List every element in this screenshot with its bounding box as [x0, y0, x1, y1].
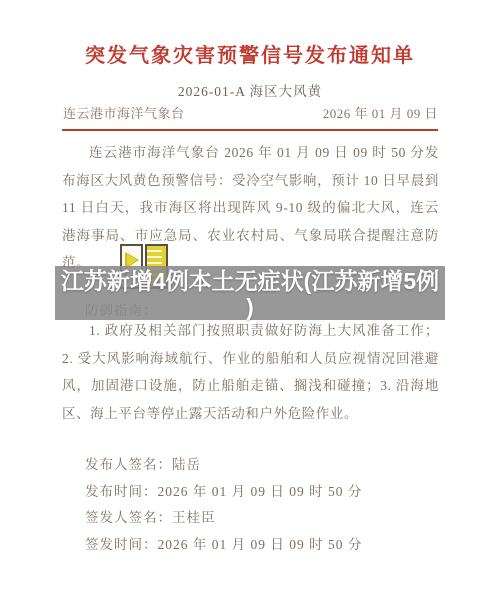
issuing-agency: 连云港市海洋气象台: [63, 103, 185, 122]
issuer-date-row: 连云港市海洋气象台 2026 年 01 月 09 日: [63, 103, 438, 122]
publish-time-label: 发布时间：: [85, 484, 158, 499]
approver-signature-value: 王桂臣: [172, 510, 216, 525]
defense-guide-text: 1. 政府及相关部门按照职责做好防海上大风准备工作；2. 受大风影响海域航行、作…: [62, 317, 439, 427]
red-divider: [62, 129, 438, 131]
approve-time-value: 2026 年 01 月 09 日 09 时 50 分: [158, 537, 363, 552]
approver-signature-row: 签发人签名：王桂臣: [85, 505, 362, 532]
warning-paragraph: 连云港市海洋气象台 2026 年 01 月 09 日 09 时 50 分发布海区…: [62, 139, 439, 277]
signature-block: 发布人签名：陆岳 发布时间：2026 年 01 月 09 日 09 时 50 分…: [85, 452, 362, 558]
approver-signature-label: 签发人签名：: [85, 510, 172, 525]
publisher-signature-label: 发布人签名：: [85, 457, 172, 472]
news-headline-overlay: 江苏新增4例本土无症状(江苏新增5例 ): [55, 266, 445, 320]
publish-time-value: 2026 年 01 月 09 日 09 时 50 分: [158, 484, 363, 499]
issue-date: 2026 年 01 月 09 日: [323, 103, 438, 122]
weather-warning-notice-page: 突发气象灾害预警信号发布通知单 2026-01-A 海区大风黄 连云港市海洋气象…: [0, 0, 500, 593]
approve-time-row: 签发时间：2026 年 01 月 09 日 09 时 50 分: [85, 532, 362, 559]
approve-time-label: 签发时间：: [85, 537, 158, 552]
publisher-signature-row: 发布人签名：陆岳: [85, 452, 362, 479]
publisher-signature-value: 陆岳: [172, 457, 201, 472]
headline-text-line1: 江苏新增4例本土无症状(江苏新增5例: [55, 267, 445, 295]
headline-text-line2: ): [55, 295, 445, 319]
warning-code-subtitle: 2026-01-A 海区大风黄: [0, 80, 500, 100]
page-title: 突发气象灾害预警信号发布通知单: [0, 39, 500, 68]
publish-time-row: 发布时间：2026 年 01 月 09 日 09 时 50 分: [85, 479, 362, 506]
